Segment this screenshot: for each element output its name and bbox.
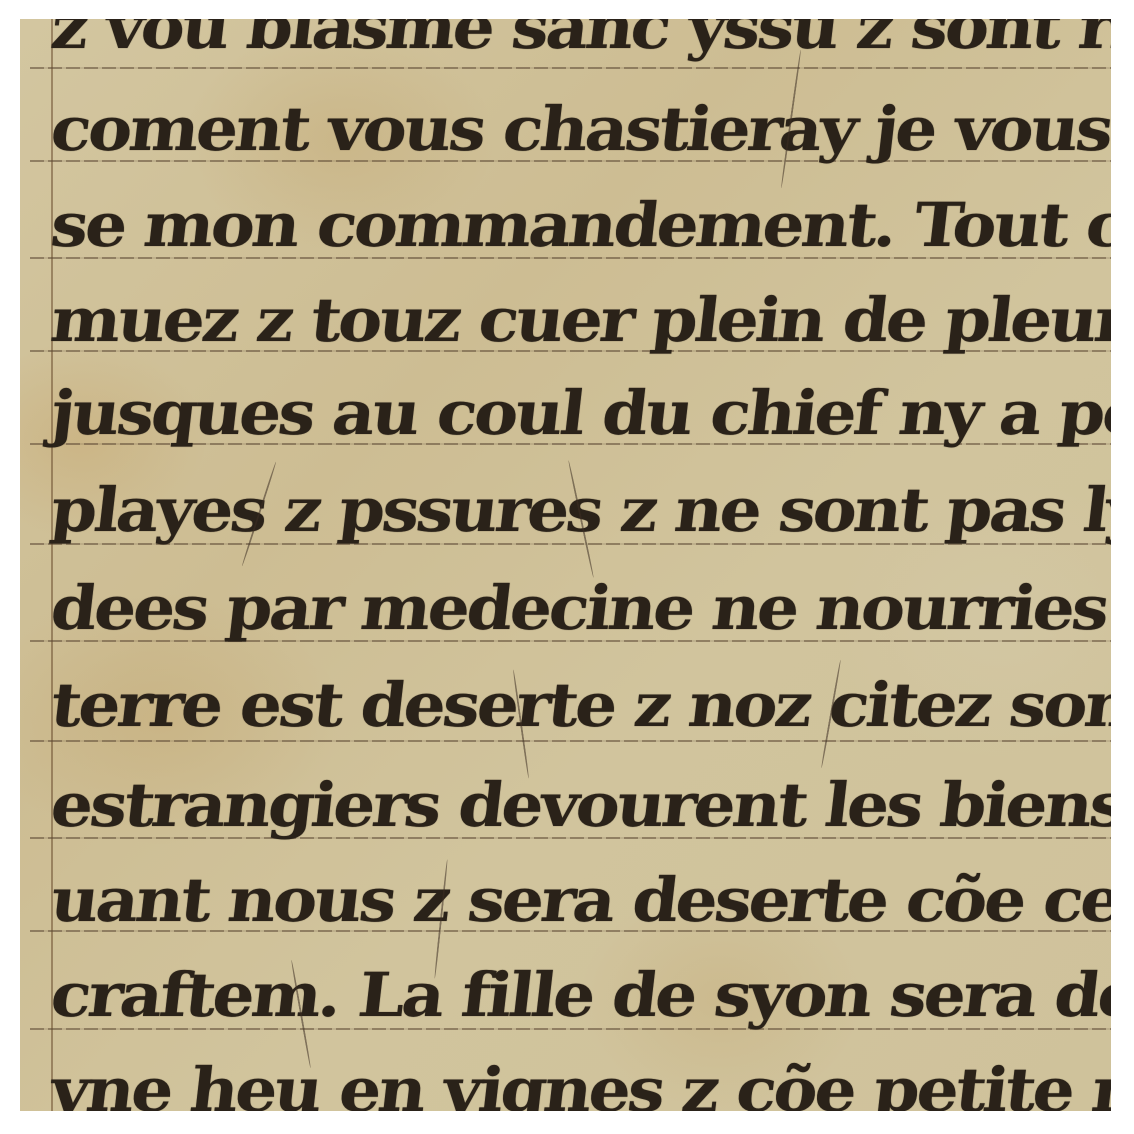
text-line-1: z vou blasme sanc yssu z sont ritom	[48, 19, 1111, 57]
ruling-line	[30, 67, 1111, 69]
text-line-12: vne heu en vignes z cõe petite maise	[48, 1059, 1111, 1111]
manuscript-page: z vou blasme sanc yssu z sont ritom come…	[20, 19, 1111, 1111]
text-line-3: se mon commandement. Tout chief se	[48, 194, 1111, 255]
text-line-8: terre est deserte z noz citez sont arse	[48, 674, 1111, 735]
text-line-7: dees par medecine ne nourries	[48, 577, 1111, 638]
text-line-5: jusques au coul du chief ny a point	[48, 382, 1111, 443]
text-line-4: muez z touz cuer plein de pleurz des sa	[48, 289, 1111, 350]
text-line-10: uant nous z sera deserte cõe ce qui	[48, 869, 1111, 930]
text-line-11: craftem. La fille de syon sera delaisse	[48, 964, 1111, 1025]
margin-rule	[51, 19, 53, 1111]
text-line-9: estrangiers devourent les biens de	[48, 774, 1111, 835]
text-line-2: coment vous chastieray je vous qui	[48, 98, 1111, 159]
